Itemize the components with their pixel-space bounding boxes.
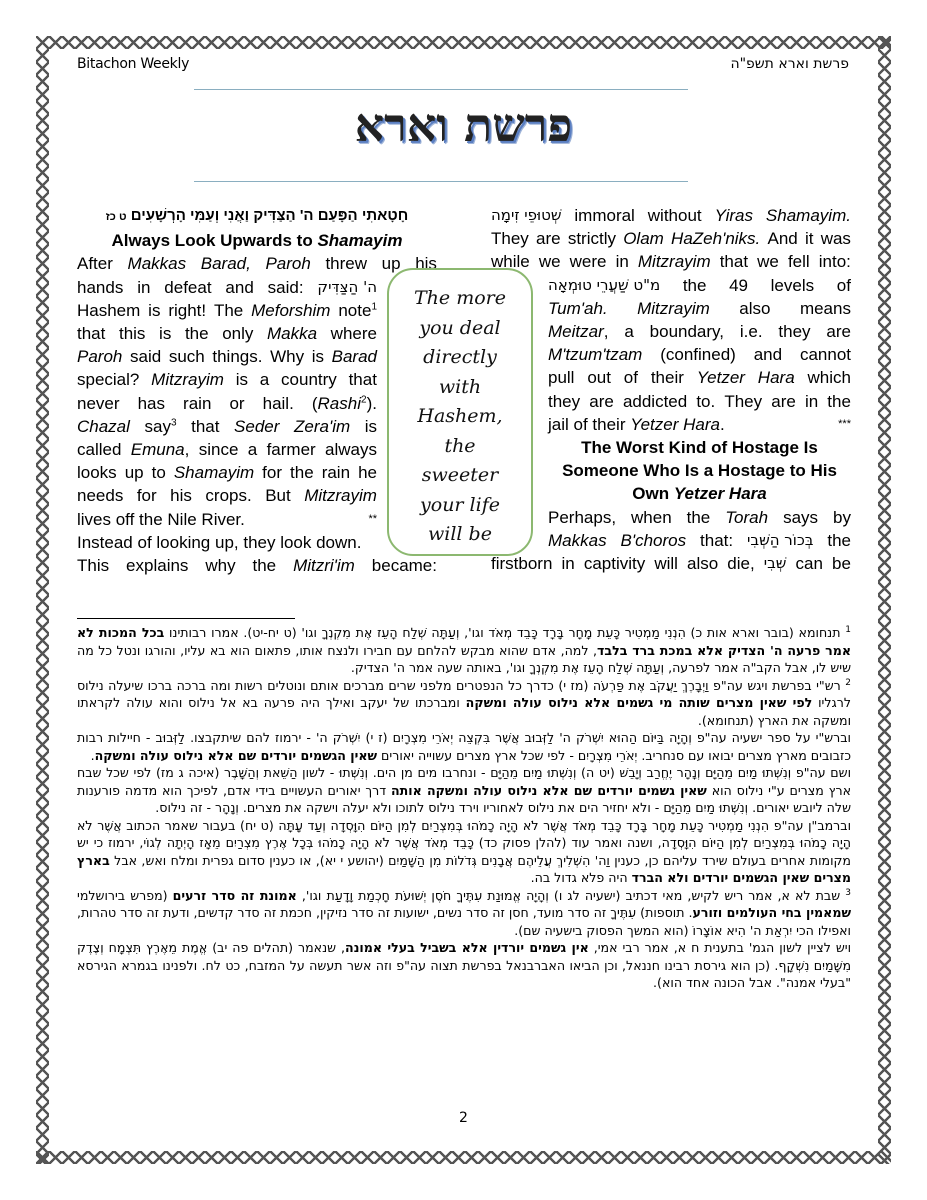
section-heading: The Worst Kind of Hostage Is Someone Who…: [548, 436, 851, 506]
body-line: looksuptoShamayimfortherainhe: [77, 461, 377, 484]
section-stars: **: [368, 508, 377, 531]
footnote-bold: שאין הגשמים יורדים שם אלא נילוס עולה ומש…: [95, 748, 377, 763]
parsha-date-label: פרשת וארא תשפ"ה: [730, 56, 849, 72]
footnote-number: 1: [845, 625, 851, 635]
body-line: firstbornincaptivitywillalsodie,שְּׁבִיc…: [491, 552, 851, 575]
footnote-text: היה פלא גדול בה.: [531, 870, 632, 885]
footnote-text: שבת לא א, אמר ריש לקיש, מאי דכתיב (ישעיה…: [297, 888, 840, 903]
body-line: theyareaddictedto.Theyareinthe: [548, 390, 851, 413]
body-line: jail of their Yetzer Hara.***: [548, 413, 851, 436]
body-line: calledEmuna,sinceafarmeralways: [77, 438, 377, 461]
footnote-separator: [77, 618, 295, 619]
border-right: [878, 36, 891, 1164]
footnote-text: ויש לציין לשון הגמ' בתענית ח א, אמר רבי …: [589, 940, 851, 955]
title-rule-top: [194, 89, 688, 90]
page-number: 2: [0, 1110, 927, 1126]
body-line: MakkasB'chorosthat:בְּכוֹר הַשְּׁבִיthe: [548, 529, 851, 552]
right-column: שְׁטוּפֵי זִימָהimmoralwithoutYirasShama…: [491, 204, 851, 575]
footnote-2-cont: וברמב"ן עה"פ הִנְנִי מַמְטִיר כָּעֵת מָח…: [77, 817, 851, 887]
body-line: Perhaps,whentheTorahsaysby: [548, 506, 851, 529]
left-column: חָטָאתִי הַפָּעַם ה' הַצַּדִּיק וַאֲנִי …: [77, 204, 437, 577]
body-line: ThisexplainswhytheMitzri'imbecame:: [77, 554, 437, 577]
body-line: TheyarestrictlyOlamHaZeh'niks.Anditwas: [491, 227, 851, 250]
body-line: whilewewereinMitzrayimthatwefellinto:: [491, 250, 851, 273]
body-line: Instead of looking up, they look down.: [77, 531, 377, 554]
heading-line: The Worst Kind of Hostage Is: [548, 436, 851, 459]
article-heading: Always Look Upwards to Shamayim: [77, 229, 437, 252]
footnote-bold: אין גשמים יורדין אלא בשביל בעלי אמונה: [345, 940, 589, 955]
border-left: [36, 36, 49, 1164]
title-rule-bottom: [194, 181, 688, 182]
body-line: Parohsaidsuchthings.WhyisBarad: [77, 345, 377, 368]
heading-line: Own Yetzer Hara: [548, 482, 851, 505]
footnote-bold: שאין גשמים יורדים שם אלא נילוס עולה ומשק…: [391, 783, 707, 798]
verse-heading: חָטָאתִי הַפָּעַם ה' הַצַּדִּיק וַאֲנִי …: [77, 204, 437, 229]
body-line: thatthisistheonlyMakkawhere: [77, 322, 377, 345]
footnote-text: (מפרש בירושלמי: [77, 888, 173, 903]
body-line: handsindefeatandsaid:ה' הַצַּדִּיק: [77, 276, 377, 299]
body-line: lives off the Nile River.**: [77, 508, 377, 531]
publication-name: Bitachon Weekly: [77, 56, 189, 72]
footnote-2-cont: ושם עה"פ וְנִשְּׁתוּ מַיִם מֵהַיָּם וְנָ…: [77, 764, 851, 817]
footnote-text: תנחומא (בובר וארא אות כ) הִנְנִי מַמְטִי…: [164, 625, 840, 640]
footnote-bold: לפי שאין מצרים שותה מי גשמים אלא נילוס ע…: [466, 695, 813, 710]
section-stars: ***: [838, 413, 851, 436]
border-bottom: [36, 1151, 891, 1164]
footnote-text: וברמב"ן עה"פ הִנְנִי מַמְטִיר כָּעֵת מָח…: [77, 818, 851, 868]
body-line: שְׁטוּפֵי זִימָהimmoralwithoutYirasShama…: [491, 204, 851, 227]
footnote-2: 2 רש"י בפרשת ויגש עה"פ וַיְבָרֶךְ יַעֲקֹ…: [77, 677, 851, 730]
body-line: pulloutoftheirYetzerHarawhich: [548, 366, 851, 389]
heading-line: Someone Who Is a Hostage to His: [548, 459, 851, 482]
body-line: Hashemisright!TheMeforshimnote1: [77, 299, 377, 322]
footnote-2-cont: וברש"י על ספר ישעיה עה"פ וְהָיָה בַּיּוֹ…: [77, 729, 851, 764]
body-line: AfterMakkasBarad,Parohthrewuphis: [77, 252, 437, 275]
body-line: special?Mitzrayimisacountrythat: [77, 368, 377, 391]
heading-text: Always Look Upwards to: [112, 231, 318, 250]
border-top: [36, 36, 891, 49]
body-line: neverhasrainorhail.(Rashi2).: [77, 392, 377, 415]
heading-italic: Shamayim: [317, 231, 402, 250]
body-line: Chazalsay3thatSederZera'imis: [77, 415, 377, 438]
footnote-bold: אמונת זה סדר זרעים: [173, 888, 297, 903]
footnote-3: 3 שבת לא א, אמר ריש לקיש, מאי דכתיב (ישע…: [77, 887, 851, 940]
footnote-number: 3: [845, 887, 851, 897]
body-line: Tum'ah.Mitzrayimalsomeans: [548, 297, 851, 320]
footnote-3-cont: ויש לציין לשון הגמ' בתענית ח א, אמר רבי …: [77, 939, 851, 992]
page-title: פרשת וארא: [0, 98, 927, 152]
footnote-1: 1 תנחומא (בובר וארא אות כ) הִנְנִי מַמְט…: [77, 624, 851, 677]
verse-text: חָטָאתִי הַפָּעַם ה' הַצַּדִּיק וַאֲנִי …: [131, 207, 409, 224]
footnote-bold: שמאמין בחי העולמים וזורע: [693, 905, 851, 920]
body-line: M'tzum'tzam(confined)andcannot: [548, 343, 851, 366]
body-line: needsforhiscrops.ButMitzrayim: [77, 484, 377, 507]
verse-reference: ט כז: [106, 211, 127, 223]
footnotes: 1 תנחומא (בובר וארא אות כ) הִנְנִי מַמְט…: [77, 624, 851, 992]
footnote-number: 2: [845, 677, 851, 687]
body-line: Meitzar,aboundary,i.e.theyare: [548, 320, 851, 343]
body-line: מ"ט שַׁעֲרֵי טוּמְאָהthe49levelsof: [548, 274, 851, 297]
